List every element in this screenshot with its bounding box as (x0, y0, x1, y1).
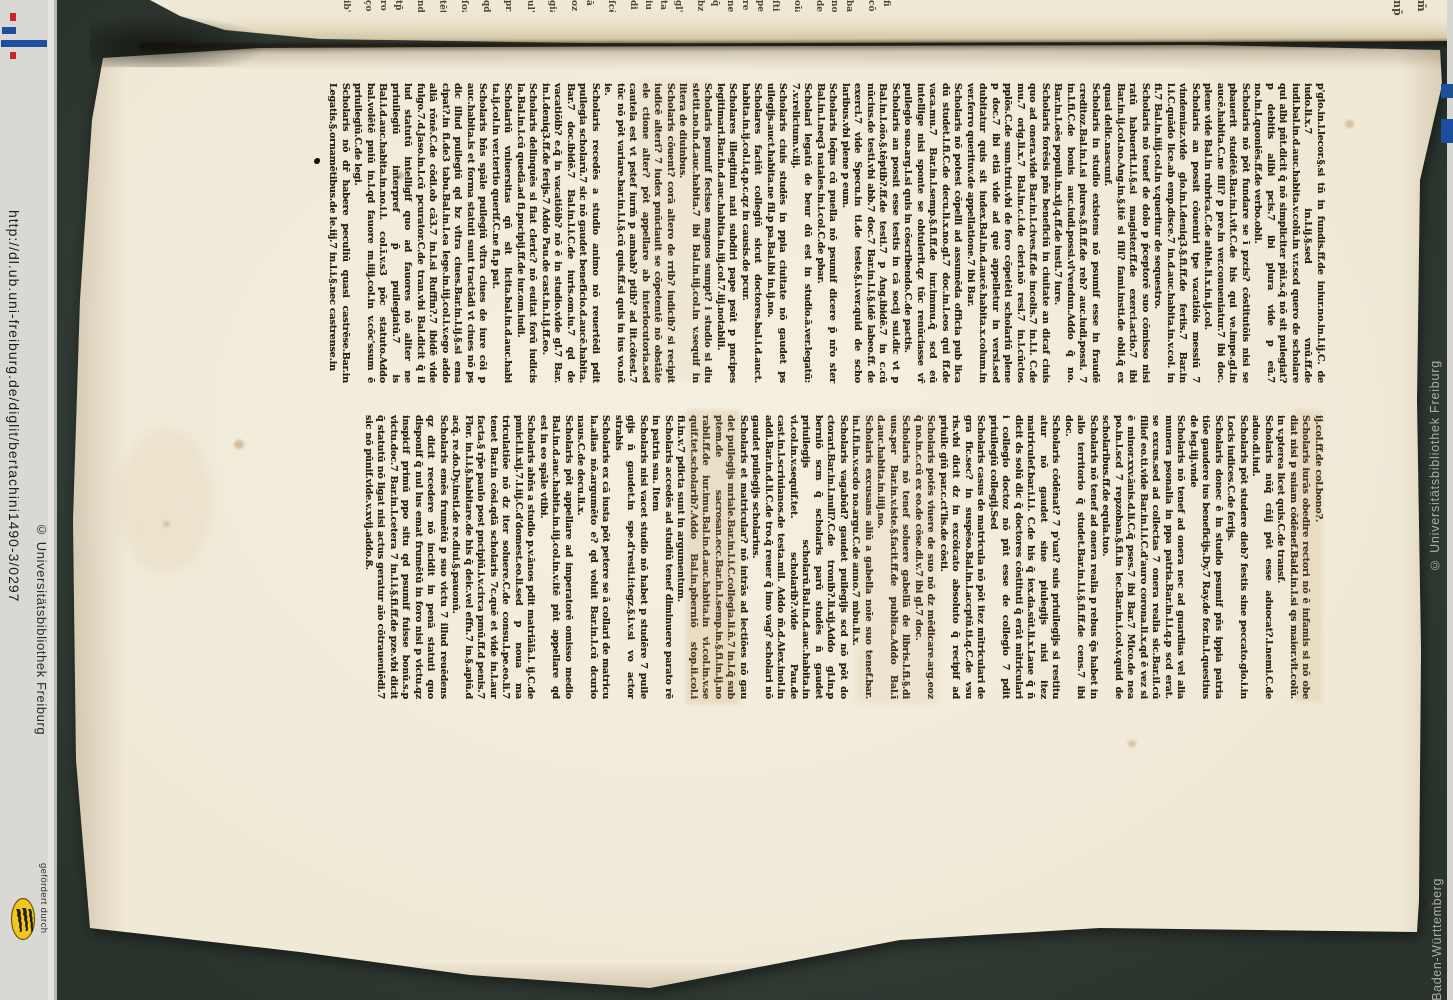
text-paragraph: Scholares illegitimi nati subdiri pape p… (714, 83, 739, 383)
text-column-a: p'glo.in.l.lecor.§.si tn̄ in fundis.ff.d… (310, 83, 1326, 383)
text-paragraph: Scholaris accedēs ad studiū tenef diminu… (649, 415, 674, 699)
region-watermark-right: Baden-Württemberg (1430, 878, 1444, 1000)
text-paragraph: Scholaris nō dr̄ habere peculiū quasi ca… (326, 83, 351, 383)
fox-spot (234, 440, 244, 449)
fox-spot (396, 172, 404, 179)
opposite-page-text-fragments: ib'çorotp̄nd'tētſozqd'priul'giaozāſcēdii… (340, 0, 1450, 12)
glyph-stub: fi (880, 0, 891, 12)
text-paragraph: Scholaris vagabūd? gaudet puilegijs scd … (749, 415, 849, 699)
text-paragraph: Scholaris nūq̄ cn̄ij pōt esse aduocat?.l… (1249, 415, 1274, 699)
text-paragraph: Scholaris casus de matricula nō pōt itez… (937, 415, 987, 699)
glyph-stub: tp̄ (392, 0, 403, 12)
left-watermark-bar: http://dl.ub.uni-freiburg.de/diglit/bert… (0, 0, 57, 1000)
glyph-stub: de (813, 0, 824, 12)
source-url-watermark: http://dl.ub.uni-freiburg.de/diglit/bert… (6, 210, 22, 602)
glyph-stub: nd' (414, 0, 425, 12)
text-paragraph: Scholaris nisi vacet studio nō habet p s… (612, 415, 650, 699)
text-paragraph: Scholaris recedēs a studio animo nō reue… (539, 83, 602, 383)
fox-spot (1345, 120, 1354, 128)
text-paragraph: Scholari legatū de beur dū est in studio… (789, 83, 814, 383)
glyph-stub: iu (642, 0, 653, 12)
glyph-stub: ſoz (458, 0, 469, 12)
opposite-page-text-fragment: m̄ (1416, 0, 1427, 22)
copyright-watermark: © Universitätsbibliothek Freiburg (34, 522, 49, 735)
glyph-stub: ro (377, 0, 388, 12)
glyph-stub: ſti (769, 0, 780, 12)
logo-fragment-blue-bottom (1441, 119, 1453, 143)
logo-red-square-bottom (10, 52, 16, 59)
glyph-stub: bal (843, 0, 854, 12)
glyph-stub: ço (362, 0, 373, 12)
paper-stain (686, 410, 740, 704)
glyph-stub: cō (865, 0, 876, 12)
text-paragraph: Scholaris delinquēs si fiat cleric? nō e… (514, 83, 539, 383)
text-paragraph: Scholaris donec ē in studio psumif pn̄s … (1187, 415, 1225, 699)
digitized-book-scan: ib'çorotp̄nd'tētſozqd'priul'giaozāſcēdii… (0, 0, 1453, 1000)
fox-spot (1128, 740, 1136, 747)
text-paragraph: Scholaris emēs frumētū p suo victu 7 ill… (362, 415, 450, 699)
glyph-stub: pri (502, 0, 513, 12)
text-paragraph: Scholaris an possit cōueniri tpe vacatiō… (1151, 83, 1201, 383)
text-paragraph: Scholaris pōt studere dieb? festis sine … (1224, 415, 1249, 699)
text-paragraph: Scholaris nō tenef ad onera realia p reb… (1062, 415, 1100, 699)
glyph-stub: oz (568, 0, 579, 12)
logo-blue-bar-short (2, 27, 16, 34)
glyph-stub: tēt (436, 0, 447, 12)
glyph-stub: ta (657, 0, 668, 12)
text-paragraph: Scholaris nō tenef ad onera nec ad guard… (1099, 415, 1187, 699)
glyph-stub: gia (546, 0, 557, 12)
glyph-stub: q̄ (709, 0, 720, 12)
text-paragraph: Scholaris pōt appellare ad imperatorē om… (537, 415, 575, 699)
glyph-stub: ul' (524, 0, 535, 12)
text-paragraph: Scholaris forēsis pn̄s beneficiū in ciui… (964, 83, 1052, 383)
text-paragraph: Scholaris bn̄s spāle puilegiū vltra ciue… (351, 83, 489, 383)
text-paragraph: Scholaris ciuis studēs in ppia ciuitate … (764, 83, 789, 383)
text-paragraph: p'glo.in.l.lecor.§.si tn̄ in fundis.ff.d… (1251, 83, 1326, 383)
logo-fragment-blue-top (1441, 84, 1453, 98)
text-column-b: ij.col.ff.de col.bono?.Scholaris iurās o… (310, 415, 1326, 699)
text-paragraph: Scholaris nō pōt fundare se ī pzcis? cōs… (1201, 83, 1251, 383)
glyph-stub: re (739, 0, 750, 12)
text-paragraph: Scholaris an possit esse testis in cā so… (839, 83, 902, 383)
paper-stain (856, 410, 938, 704)
opposite-page-text-fragment: np̄ (1392, 0, 1403, 30)
right-edge-strip (1447, 0, 1453, 1000)
text-paragraph: Scholaris in studio existens nō psumif e… (1051, 83, 1101, 383)
rotated-text-block: p'glo.in.l.lecor.§.si tn̄ in fundis.ff.d… (310, 83, 1326, 699)
glyph-stub: bz (694, 0, 705, 12)
glyph-stub: ib' (340, 0, 351, 12)
binding-shadow (90, 12, 280, 67)
text-paragraph: Scholaris loq̄ns cū puella nō psumif dic… (814, 83, 839, 383)
glyph-stub: oīa (791, 0, 802, 12)
text-paragraph: Scholares faciūt collegiū sicut doctores… (739, 83, 764, 383)
funded-by-label: gefördert durch (38, 863, 49, 933)
text-paragraph: Scholaris abn̄s a studio p.v.ānos pdit m… (449, 415, 537, 699)
logo-blue-bar-long (1, 40, 47, 47)
glyph-stub: gl' (672, 0, 683, 12)
glyph-stub: qd' (480, 0, 491, 12)
glyph-stub: no (828, 0, 839, 12)
glyph-stub: ā (583, 0, 594, 12)
baden-wuerttemberg-coat-of-arms (10, 898, 36, 942)
text-paragraph: Scholaris nō tenef de dolo p p̄ceptorē s… (1101, 83, 1151, 383)
glyph-stub: di (627, 0, 638, 12)
glyph-stub: pe (754, 0, 765, 12)
text-paragraph: Scholaris nō potest cōpelli ad assumēda … (901, 83, 964, 383)
logo-red-square-top (10, 13, 16, 21)
page-text-region: p'glo.in.l.lecor.§.si tn̄ in fundis.ff.d… (310, 83, 1326, 699)
glyph-stub: ne (724, 0, 735, 12)
text-paragraph: Scholaris cōdēnat? 7 p'uat? suis priuile… (987, 415, 1062, 699)
text-paragraph: Scholaris ex cā iusta pōt petere se ā co… (574, 415, 612, 699)
text-paragraph: Scholariū vniuersitas qn̄ sit licita.bal… (489, 83, 514, 383)
copyright-watermark-right: © Universitätsbibliothek Freiburg (1428, 360, 1442, 572)
paper-stain (638, 80, 710, 382)
paper-stain (1294, 410, 1322, 702)
glyph-stub: ſcē (605, 0, 616, 12)
paper-stain (118, 428, 213, 573)
